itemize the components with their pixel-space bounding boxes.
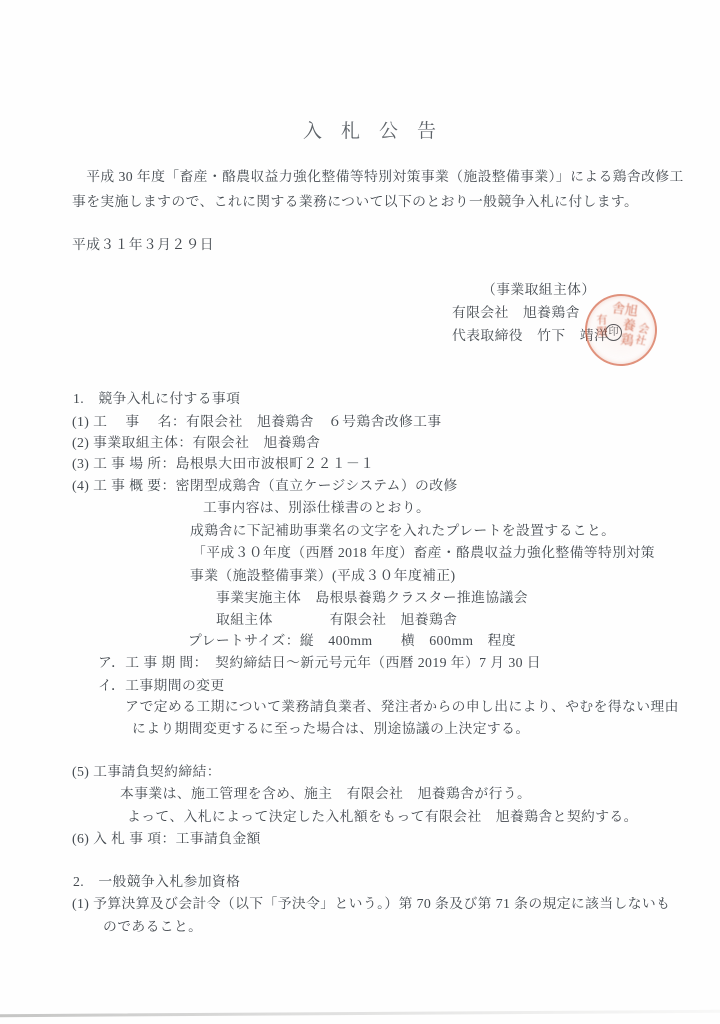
signature-role-label: （事業取組主体） bbox=[482, 281, 596, 298]
intro-line-1: 平成 30 年度「畜産・酪農収益力強化整備等特別対策事業（施設整備事業）」による… bbox=[72, 168, 684, 185]
section1-heading: 1. 競争入札に付する事項 bbox=[73, 390, 240, 407]
item4b-period-change-heading: イ．工事期間の変更 bbox=[98, 677, 225, 694]
section2-item1-line2: のであること。 bbox=[103, 918, 202, 935]
item4b-period-change-text-line2: により期間変更するに至った場合は、別途協議の上決定する。 bbox=[132, 720, 530, 737]
item5-contract-text-line2: よって、入札によって決定した入札額をもって有限会社 旭養鶏舎と契約する。 bbox=[127, 808, 638, 825]
inkan-seal-mark-icon: 印 bbox=[605, 324, 622, 341]
item4-detail-spec: 工事内容は、別添仕様書のとおり。 bbox=[203, 499, 430, 516]
section2-item1-line1: (1) 予算決算及び会計令（以下「予決令」という。）第 70 条及び第 71 条… bbox=[72, 895, 670, 912]
intro-line-2: 事を実施しますので、これに関する業務について以下のとおり一般競争入札に付します。 bbox=[72, 193, 638, 210]
scan-bottom-edge-shadow bbox=[0, 1010, 720, 1017]
item4-construction-overview: (4) 工 事 概 要：密閉型成鶏舎（直立ケージシステム）の改修 bbox=[72, 477, 458, 494]
item5-contract-text-line1: 本事業は、施工管理を含め、施主 有限会社 旭養鶏舎が行う。 bbox=[120, 785, 531, 802]
item4-organizing-body: 取組主体 有限会社 旭養鶏舎 bbox=[216, 611, 457, 628]
item1-construction-name: (1) 工 事 名：有限会社 旭養鶏舎 ６号鶏舎改修工事 bbox=[72, 413, 442, 430]
item3-construction-site: (3) 工 事 場 所：島根県大田市波根町２２１－１ bbox=[72, 455, 374, 472]
document-title: 入札公告 bbox=[303, 116, 455, 143]
item4-subsidy-name-line1: 「平成３０年度（西暦 2018 年度）畜産・酪農収益力強化整備等特別対策 bbox=[192, 544, 655, 561]
item6-bid-matter: (6) 入 札 事 項：工事請負金額 bbox=[72, 830, 261, 847]
document-page: 入札公告 平成 30 年度「畜産・酪農収益力強化整備等特別対策事業（施設整備事業… bbox=[0, 0, 720, 1024]
item4-subsidy-name-line2: 事業（施設整備事業）(平成３０年度補正) bbox=[190, 567, 456, 584]
item2-business-entity: (2) 事業取組主体：有限会社 旭養鶏舎 bbox=[72, 434, 320, 451]
signature-company: 有限会社 旭養鶏舎 bbox=[452, 304, 580, 321]
announcement-date: 平成３１年３月２９日 bbox=[72, 236, 214, 253]
item4-plate-instruction: 成鶏舎に下記補助事業名の文字を入れたプレートを設置すること。 bbox=[190, 522, 615, 539]
signature-representative: 代表取締役 竹下 靖洋 bbox=[452, 327, 608, 344]
item5-contract-heading: (5) 工事請負契約締結： bbox=[72, 763, 221, 780]
item4b-period-change-text-line1: アで定める工期について業務請負業者、発注者からの申し出により、やむを得ない理由 bbox=[125, 698, 679, 715]
section2-heading: 2. 一般競争入札参加資格 bbox=[73, 873, 240, 890]
item4-implementing-body: 事業実施主体 島根県養鶏クラスター推進協議会 bbox=[216, 589, 528, 606]
item4-plate-size: プレートサイズ：縦 400mm 横 600mm 程度 bbox=[188, 632, 516, 649]
item4a-construction-period: ア．工 事 期 間： 契約締結日～新元号元年（西暦 2019 年）7 月 30 … bbox=[98, 654, 541, 671]
seal-text-column: 会社 bbox=[633, 321, 649, 347]
